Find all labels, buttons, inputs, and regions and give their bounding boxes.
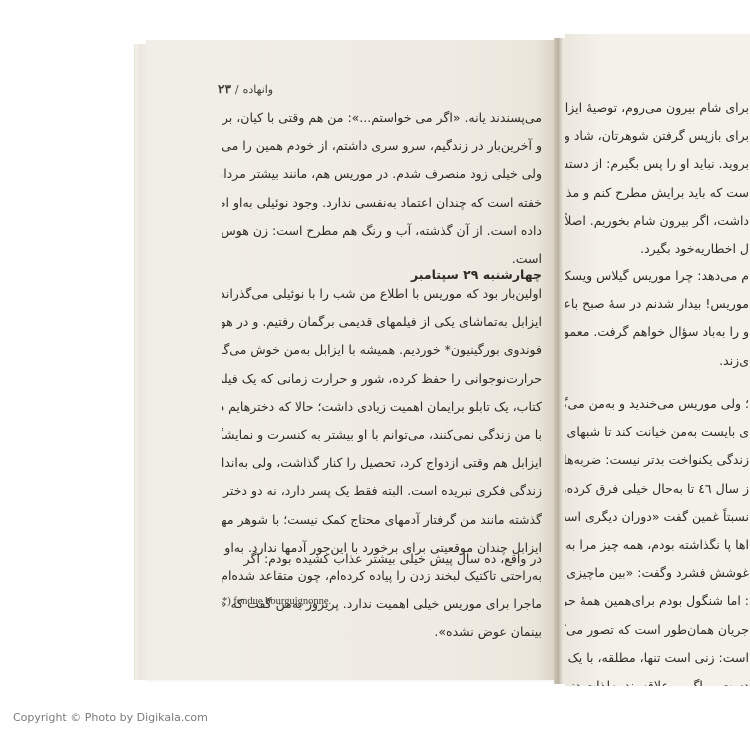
left-paragraph-3: در واقع، ده سال پیش خیلی بیشتر عذاب کشید…: [222, 545, 542, 573]
footnote: *) fondue bourguignonne.: [222, 596, 331, 607]
running-head-title: وانهاده: [243, 83, 274, 96]
text-line: دست و پاگیر و علاقه‌مند به‌لذات دنیوی:: [569, 672, 749, 686]
running-head: وانهاده/۲۳: [216, 82, 273, 96]
text-line: ست که باید برایش مطرح کنم و مذاکره در: [569, 179, 749, 207]
left-paragraph-1: می‌پسندند یانه. «اگر می خواستم...»: من ه…: [222, 104, 542, 273]
right-block-1: برای شام بیرون می‌روم، توصیهٔ ایزابل و ب…: [569, 94, 749, 263]
text-line: ل اخطاریه‌خود بگیرد.: [569, 235, 749, 263]
text-line: با من زندگی نمی‌کنند، می‌توانم با او بیش…: [222, 421, 542, 449]
text-line: بینمان عوض نشده».: [222, 618, 542, 646]
text-line: خفته است که چندان اعتماد به‌نفسی ندارد. …: [222, 189, 542, 217]
text-line: است: زنی است تنها، مطلقه، با یک: [569, 644, 749, 672]
text-line: جریان همان‌طور است که تصور می‌کردم؛: [569, 616, 749, 644]
text-line: زندگی یکنواخت بدتر نیست: ضربه‌ها آدم: [569, 446, 749, 474]
right-block-3: ؛ ولی موریس می‌خندید و به‌من می‌گفت ی با…: [569, 390, 749, 686]
copyright-notice: Copyright © Photo by Digikala.com: [13, 711, 208, 724]
text-line: و را به‌باد سؤال خواهم گرفت. معمولاً در: [569, 318, 749, 346]
text-line: در واقع، ده سال پیش خیلی بیشتر عذاب کشید…: [222, 545, 542, 573]
text-line: اولین‌بار بود که موریس با اطلاع من شب را…: [222, 280, 542, 308]
text-line: نسبتاً غمین گفت «دوران دیگری است».: [569, 503, 749, 531]
text-line: حرارت‌نوجوانی را حفظ کرده، شور و حرارت ز…: [222, 365, 542, 393]
text-line: ی بایست به‌من خیانت کند تا شبهای دوران: [569, 418, 749, 446]
right-page-text-area: برای شام بیرون می‌روم، توصیهٔ ایزابل و ب…: [565, 34, 750, 686]
text-line: ولی خیلی زود منصرف شدم. در موریس هم، مان…: [222, 160, 542, 188]
text-line: ز سال ٤٦ تا به‌حال خیلی فرق کرده، مردم: [569, 475, 749, 503]
text-line: بروید. نباید او را پس بگیرم: از دستش که: [569, 150, 749, 178]
text-line: ایزابل به‌تماشای یکی از فیلمهای قدیمی بر…: [222, 308, 542, 336]
left-paragraph-2: اولین‌بار بود که موریس با اطلاع من شب را…: [222, 280, 542, 646]
text-line: م می‌دهد: چرا موریس گیلاس ویسکی در: [569, 262, 749, 290]
text-line: موریس! بیدار شدنم در سهٔ صبح باعث شده: [569, 290, 749, 318]
text-line: ی‌زند.: [569, 347, 749, 375]
text-line: کتاب، یک تابلو برایمان اهمیت زیادی داشت؛…: [222, 393, 542, 421]
page-number: ۲۳: [218, 82, 231, 96]
text-line: می‌پسندند یانه. «اگر می خواستم...»: من ه…: [222, 104, 542, 132]
text-line: ایزابل هم وقتی ازدواج کرد، تحصیل را کنار…: [222, 449, 542, 477]
running-head-separator: /: [235, 83, 239, 96]
text-line: : اما شنگول بودم برای‌همین همهٔ حرفهایش: [569, 587, 749, 615]
text-line: زندگی فکری نبریده است. البته فقط یک پسر …: [222, 477, 542, 505]
text-line: گذشته مانند من گرفتار آدمهای محتاج کمک ن…: [222, 506, 542, 534]
right-block-2: م می‌دهد: چرا موریس گیلاس ویسکی در موریس…: [569, 262, 749, 375]
text-line: برای شام بیرون می‌روم، توصیهٔ ایزابل و: [569, 94, 749, 122]
text-line: داده است. از آن گذشته، آب و رنگ هم مطرح …: [222, 217, 542, 245]
text-line: غوشش فشرد وگفت: «بین ماچیزی عوض: [569, 559, 749, 587]
text-line: داشت، اگر بیرون شام بخوریم. اصلاً دلم: [569, 207, 749, 235]
text-line: برای بازپس گرفتن شوهرتان، شاد و خوش: [569, 122, 749, 150]
text-line: فوندوی بورگینیون* خوردیم. همیشه با ایزاب…: [222, 336, 542, 364]
text-line: اها پا نگذاشته بودم، همه چیز مرا به‌وجد: [569, 531, 749, 559]
book-photo: وانهاده/۲۳ می‌پسندند یانه. «اگر می خواست…: [0, 0, 750, 750]
text-line: ؛ ولی موریس می‌خندید و به‌من می‌گفت: [569, 390, 749, 418]
text-line: و آخرین‌بار در زندگیم، سرو سری داشتم، از…: [222, 132, 542, 160]
